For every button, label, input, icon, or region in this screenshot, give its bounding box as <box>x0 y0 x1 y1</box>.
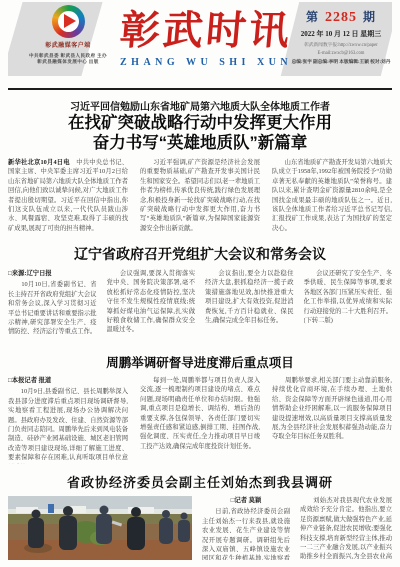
masthead: 彰武融媒客户端 中共彰武县委 彰武县人民政府 主办 彰武县融媒体发展中心 出版 … <box>8 0 392 90</box>
article3-headline: 周鹏举调研督导进度滞后重点项目 <box>8 353 392 371</box>
article1-headline-line2: 奋力书写“英雄地质队”新篇章 <box>8 133 392 153</box>
article2-columns: □来源:辽宁日报 10月10日,省委副书记、省长主持召开省政府党组扩大会议和常务… <box>8 269 392 345</box>
article4-column-2: 刘始杰对我县现代农业发展成效给予充分肯定。他指出,要立足资源禀赋,做大做强特色产… <box>300 496 392 560</box>
issue-info-block: 第 2285 期 2022 年 10 月 12 日 星期三 彰武新闻数字报:ht… <box>290 8 392 66</box>
media-logo-block: 彰武融媒客户端 中共彰武县委 彰武县人民政府 主办 彰武县融媒体发展中心 出版 <box>22 5 114 65</box>
article1-headline-line1: 在找矿突破战略行动中发挥更大作用 <box>8 113 392 133</box>
article2-column-2: 会议强调,要深入贯彻落实党中央、国务院决策部署,毫不放松抓好常态化疫情防控,坚决… <box>107 269 196 345</box>
newspaper-front-page: 彰武融媒客户端 中共彰武县委 彰武县人民政府 主办 彰武县融媒体发展中心 出版 … <box>0 0 400 567</box>
article4-headline: 省政协经济委员会副主任刘始杰到我县调研 <box>8 472 392 491</box>
article3-byline: □本报记者 报道 <box>8 376 128 385</box>
article-zhoupengju-inspection: 周鹏举调研督导进度滞后重点项目 □本报记者 报道 10月9日,县委副书记、县长周… <box>8 353 392 464</box>
article2-headline: 辽宁省政府召开党组扩大会议和常务会议 <box>8 244 392 264</box>
organizer-lines: 中共彰武县委 彰武县人民政府 主办 彰武县融媒体发展中心 出版 <box>22 53 114 65</box>
article3-column-3: 周鹏举要求,相关部门要主动靠前服务,持续优化营商环境,在手续办理、土地供给、资金… <box>272 376 392 464</box>
article2-byline: □来源:辽宁日报 <box>8 269 97 278</box>
page-content: 习近平回信勉励山东省地矿局第六地质大队全体地质工作者 在找矿突破战略行动中发挥更… <box>0 98 400 560</box>
issue-prefix: 第 <box>306 10 319 24</box>
article2-column-3: 会议指出,要全力以赴稳住经济大盘,狠抓稳经济一揽子政策措施落地见效,加快推进重大… <box>205 269 294 345</box>
article4-column-1: □记者 莫颖 日前,省政协经济委员会副主任刘始杰一行来我县,就设施农业发展、花生… <box>202 496 290 560</box>
article-xi-reply-letter: 习近平回信勉励山东省地矿局第六地质大队全体地质工作者 在找矿突破战略行动中发挥更… <box>8 98 392 236</box>
article-cppcc-research-visit: 省政协经济委员会副主任刘始杰到我县调研 <box>8 472 392 560</box>
article2-column-4: 会议还研究了安全生产、冬季供暖、民生保障等事项,要求各地区各部门压紧压实责任、强… <box>304 269 393 345</box>
paper-title-block: 彰武时讯 ZHANG WU SHI XUN <box>120 8 280 68</box>
issue-suffix: 期 <box>363 10 376 24</box>
news-photo <box>8 496 192 560</box>
article4-byline: □记者 莫颖 <box>202 496 290 505</box>
media-app-logo-icon <box>52 5 85 38</box>
article3-columns: □本报记者 报道 10月9日,县委副书记、县长周鹏举深入我县部分进度滞后重点项目… <box>8 376 392 464</box>
article2-column-1-text: 10月10日,省委副书记、省长主持召开省政府党组扩大会议和常务会议,深入学习贯彻… <box>8 281 97 335</box>
article2-column-1: □来源:辽宁日报 10月10日,省委副书记、省长主持召开省政府党组扩大会议和常务… <box>8 269 97 345</box>
paper-title-chinese: 彰武时讯 <box>118 8 282 54</box>
digital-edition-url: 彰武新闻数字报:http://zwxw.cn/paper <box>290 42 392 48</box>
article1-column-1-text: 中共中央总书记、国家主席、中央军委主席习近平10月2日给山东省地矿局第六地质大队… <box>8 159 128 232</box>
article1-column-1: 新华社北京10月4日电 中共中央总书记、国家主席、中央军委主席习近平10月2日给… <box>8 158 128 236</box>
article1-lede: 新华社北京10月4日电 <box>8 159 70 166</box>
staff-credits: 总编:张宇 副总编:李明 本版编辑:王颖 校对:刘丹 <box>290 60 392 66</box>
article1-column-2: 习近平强调,矿产资源是经济社会发展的重要物质基础,矿产勘查开发事关国计民生和国家… <box>140 158 260 236</box>
issue-number-line: 第 2285 期 <box>290 8 392 26</box>
article3-column-1: □本报记者 报道 10月9日,县委副书记、县长周鹏举深入我县部分进度滞后重点项目… <box>8 376 128 464</box>
publication-date: 2022 年 10 月 12 日 星期三 <box>290 29 392 39</box>
article1-columns: 新华社北京10月4日电 中共中央总书记、国家主席、中央军委主席习近平10月2日给… <box>8 158 392 236</box>
article4-column-1-text: 日前,省政协经济委员会副主任刘始杰一行来我县,就设施农业发展、花生产业建设等情况… <box>202 508 290 560</box>
article1-kicker: 习近平回信勉励山东省地矿局第六地质大队全体地质工作者 <box>8 98 392 113</box>
field-inspection-photo <box>8 496 192 560</box>
article4-body-row: □记者 莫颖 日前,省政协经济委员会副主任刘始杰一行来我县,就设施农业发展、花生… <box>8 496 392 560</box>
contact-email: E-mail:zwxcb@163.com <box>290 51 392 56</box>
article1-column-3: 山东省地质矿产勘查开发局第六地质大队成立于1958年,1992年被国务院授予“功… <box>272 158 392 236</box>
play-triangle-icon <box>64 14 76 28</box>
article-liaoning-meeting: 辽宁省政府召开党组扩大会议和常务会议 □来源:辽宁日报 10月10日,省委副书记… <box>8 244 392 345</box>
issue-number: 2285 <box>323 10 359 25</box>
article3-column-2: 每到一处,周鹏举都与项目负责人深入交流,逐一梳理制约项目建设的堵点、难点问题,现… <box>140 376 260 464</box>
article3-column-1-text: 10月9日,县委副书记、县长周鹏举深入我县部分进度滞后重点项目现场调研督导,实地… <box>8 388 128 464</box>
organizer-line-2: 彰武县融媒体发展中心 出版 <box>22 59 114 65</box>
logo-caption: 彰武融媒客户端 <box>22 40 114 49</box>
paper-title-pinyin: ZHANG WU SHI XUN <box>120 57 280 68</box>
